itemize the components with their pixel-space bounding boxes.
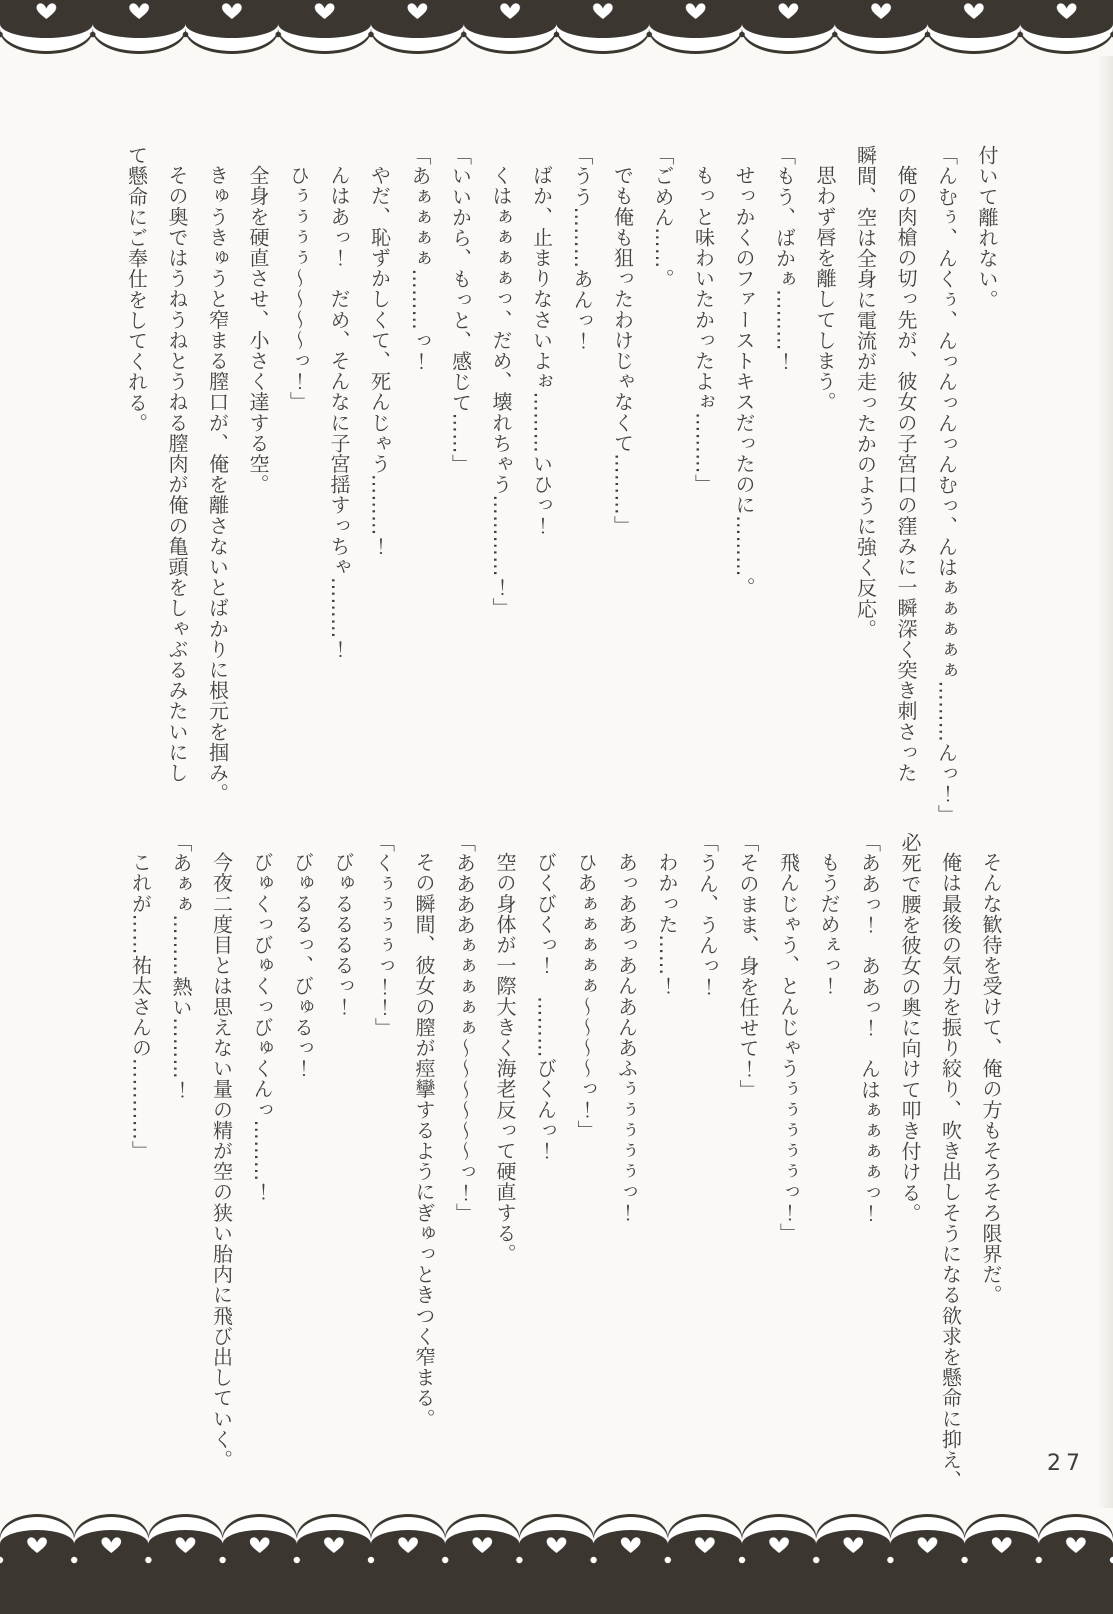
text-column: 「あぁぁ………熱い………！	[161, 832, 202, 1532]
text-block-top: 付いて離れない。「んむぅ、んくぅ、んっんっんっんむっ、んはぁぁぁぁぁ………んっ！…	[116, 145, 1007, 845]
text-column: びゅくっびゅくっびゅくんっ………！	[242, 832, 283, 1532]
text-column: くはぁぁぁぁっ、だめ、壊れちゃう…………！」	[481, 145, 522, 845]
text-column: 「もう、ばかぁ………！	[764, 145, 805, 845]
text-column: その瞬間、彼女の膣が痙攣するようにぎゅっときつく窄まる。	[404, 832, 445, 1532]
text-column: びくびくっ！ ………びくんっ！	[525, 832, 566, 1532]
text-column: ばか、止まりなさいよぉ………いひっ！	[521, 145, 562, 845]
text-column: わかった……！	[647, 832, 688, 1532]
page-number: 27	[1047, 1451, 1085, 1476]
text-column: びゅるるっ、びゅるっ！	[282, 832, 323, 1532]
text-column: 「ああっ！ ああっ！ んはぁぁぁぁっ！	[849, 832, 890, 1532]
text-column: 「うう………あんっ！	[562, 145, 603, 845]
text-column: 必死で腰を彼女の奥に向けて叩き付ける。	[890, 832, 931, 1532]
text-column: もっと味わいたかったよぉ………」	[683, 145, 724, 845]
text-column: もうだめぇっ！	[809, 832, 850, 1532]
text-column: 今夜二度目とは思えない量の精が空の狭い胎内に飛び出していく。	[201, 832, 242, 1532]
text-column: これが……祐太さんの…………」	[120, 832, 161, 1532]
text-column: ひぅぅぅぅ〜〜〜〜っ！」	[278, 145, 319, 845]
text-column: 俺は最後の気力を振り絞り、吹き出しそうになる欲求を懸命に抑え、	[930, 832, 971, 1532]
text-block-bottom: そんな歓待を受けて、俺の方もそろそろ限界だ。俺は最後の気力を振り絞り、吹き出しそ…	[120, 832, 1011, 1532]
text-column: その奥ではうねうねとうねる膣肉が俺の亀頭をしゃぶるみたいにし	[157, 145, 198, 845]
text-column: ひあぁぁぁぁぁ〜〜〜〜っ！」	[566, 832, 607, 1532]
scan-edge-shade	[1097, 56, 1113, 1508]
text-column: 「んむぅ、んくぅ、んっんっんっんむっ、んはぁぁぁぁぁ………んっ！」	[926, 145, 967, 845]
text-column: やだ、恥ずかしくて、死んじゃう………！	[359, 145, 400, 845]
text-column: そんな歓待を受けて、俺の方もそろそろ限界だ。	[971, 832, 1012, 1532]
text-column: あっああっあんあんあふぅぅぅぅぅっ！	[606, 832, 647, 1532]
text-column: 「ああああぁぁぁぁぁ〜〜〜〜〜〜っ！」	[444, 832, 485, 1532]
text-column: 「そのまま、身を任せて！」	[728, 832, 769, 1532]
text-column: きゅうきゅうと窄まる膣口が、俺を離さないとばかりに根元を掴み。	[197, 145, 238, 845]
text-column: 「あぁぁぁぁ………っ！	[400, 145, 441, 845]
scanned-novel-page: { "page": { "number": "27", "colors": { …	[0, 0, 1113, 1614]
text-column: 飛んじゃう、とんじゃうぅぅぅぅぅっ！」	[768, 832, 809, 1532]
text-column: 空の身体が一際大きく海老反って硬直する。	[485, 832, 526, 1532]
text-column: 全身を硬直させ、小さく達する空。	[238, 145, 279, 845]
text-column: 「ごめん……。	[643, 145, 684, 845]
text-column: 「くぅぅぅぅっ！！」	[363, 832, 404, 1532]
text-column: でも俺も狙ったわけじゃなくて………」	[602, 145, 643, 845]
text-column: 瞬間、空は全身に電流が走ったかのように強く反応。	[845, 145, 886, 845]
text-column: 思わず唇を離してしまう。	[805, 145, 846, 845]
lace-border-top	[0, 0, 1113, 58]
text-column: んはあっ！ だめ、そんなに子宮揺すっちゃ………！	[319, 145, 360, 845]
text-column: 付いて離れない。	[967, 145, 1008, 845]
text-column: 「いいから、もっと、感じて……」	[440, 145, 481, 845]
text-column: て懸命にご奉仕をしてくれる。	[116, 145, 157, 845]
text-column: 俺の肉槍の切っ先が、彼女の子宮口の窪みに一瞬深く突き刺さった	[886, 145, 927, 845]
text-column: 「うん、うんっ！	[687, 832, 728, 1532]
text-column: びゅるるるるっ！	[323, 832, 364, 1532]
text-column: せっかくのファーストキスだったのに………。	[724, 145, 765, 845]
